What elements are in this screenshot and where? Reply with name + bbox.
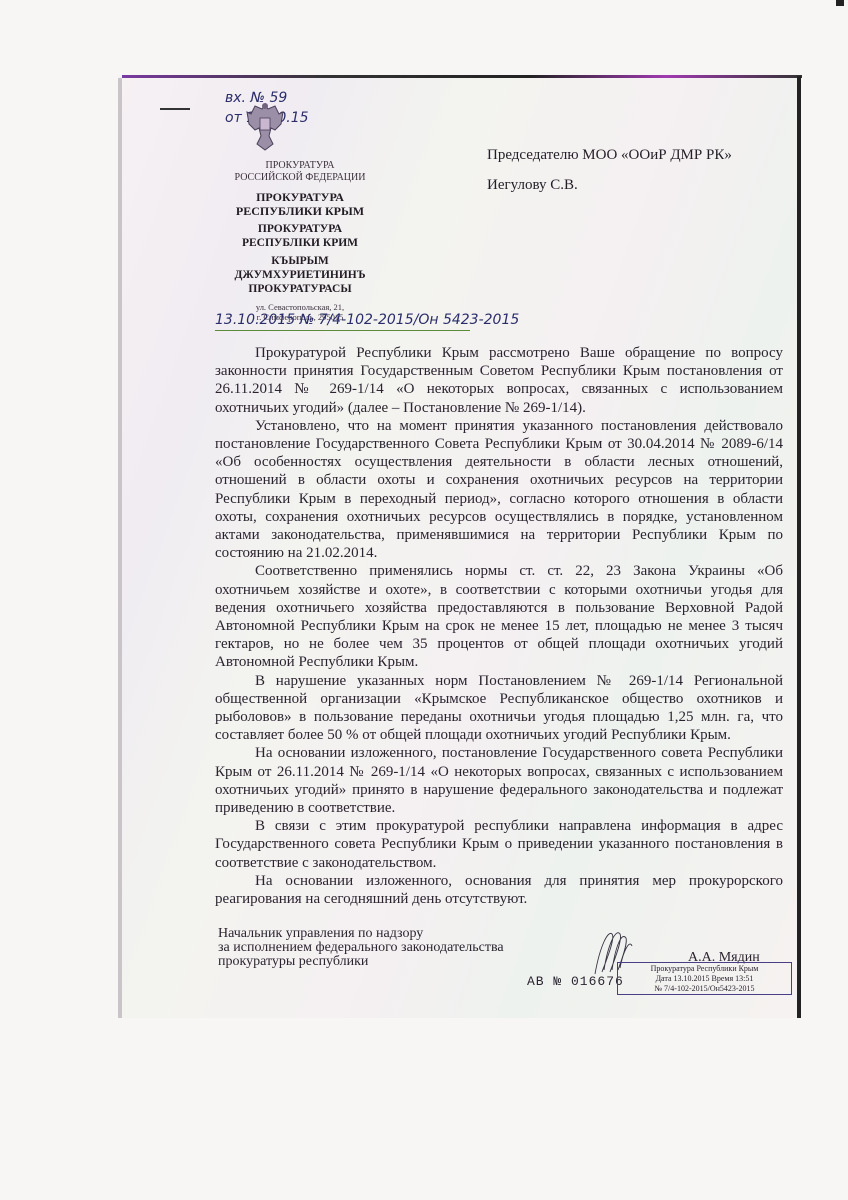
paragraph: На основании изложенного, постановление … xyxy=(215,744,783,817)
margin-dash xyxy=(160,108,190,110)
paragraph: В связи с этим прокуратурой республики н… xyxy=(215,817,783,872)
paragraph: На основании изложенного, основания для … xyxy=(215,872,783,908)
paragraph: Прокуратурой Республики Крым рассмотрено… xyxy=(215,344,783,417)
registration-stamp: Прокуратура Республики Крым Дата 13.10.2… xyxy=(617,962,792,995)
org-name-uk: ПРОКУРАТУРА РЕСПУБЛІКИ КРИМ xyxy=(205,222,395,250)
addressee-position: Председателю МОО «ООиР ДМР РК» xyxy=(487,140,732,170)
paragraph: Соответственно применялись нормы ст. ст.… xyxy=(215,562,783,671)
letter-body: Прокуратурой Республики Крым рассмотрено… xyxy=(215,344,783,908)
scan-corner-mark xyxy=(836,0,844,6)
org-name-ru: ПРОКУРАТУРА РЕСПУБЛИКИ КРЫМ xyxy=(205,190,395,218)
paragraph: Установлено, что на момент принятия указ… xyxy=(215,417,783,563)
org-name-crh: КЪЫРЫМ ДЖУМХУРИЕТИНИНЪ ПРОКУРАТУРАСЫ xyxy=(205,254,395,296)
page-top-edge xyxy=(122,75,802,78)
paragraph: В нарушение указанных норм Постановление… xyxy=(215,672,783,745)
page-left-edge xyxy=(118,78,122,1018)
form-serial-number: АВ № 016676 xyxy=(527,974,624,989)
outgoing-underline xyxy=(215,330,470,331)
outgoing-number: 13.10.2015 № 7/4-102-2015/Он 5423-2015 xyxy=(215,312,519,328)
org-parent: ПРОКУРАТУРА РОССИЙСКОЙ ФЕДЕРАЦИИ xyxy=(205,160,395,184)
letterhead: ПРОКУРАТУРА РОССИЙСКОЙ ФЕДЕРАЦИИ ПРОКУРА… xyxy=(205,160,395,322)
addressee-name: Иегулову С.В. xyxy=(487,170,732,200)
page-right-edge xyxy=(797,76,801,1018)
addressee: Председателю МОО «ООиР ДМР РК» Иегулову … xyxy=(487,140,732,200)
russian-coat-of-arms-icon xyxy=(245,100,285,152)
signer-title: Начальник управления по надзору за испол… xyxy=(218,927,504,969)
